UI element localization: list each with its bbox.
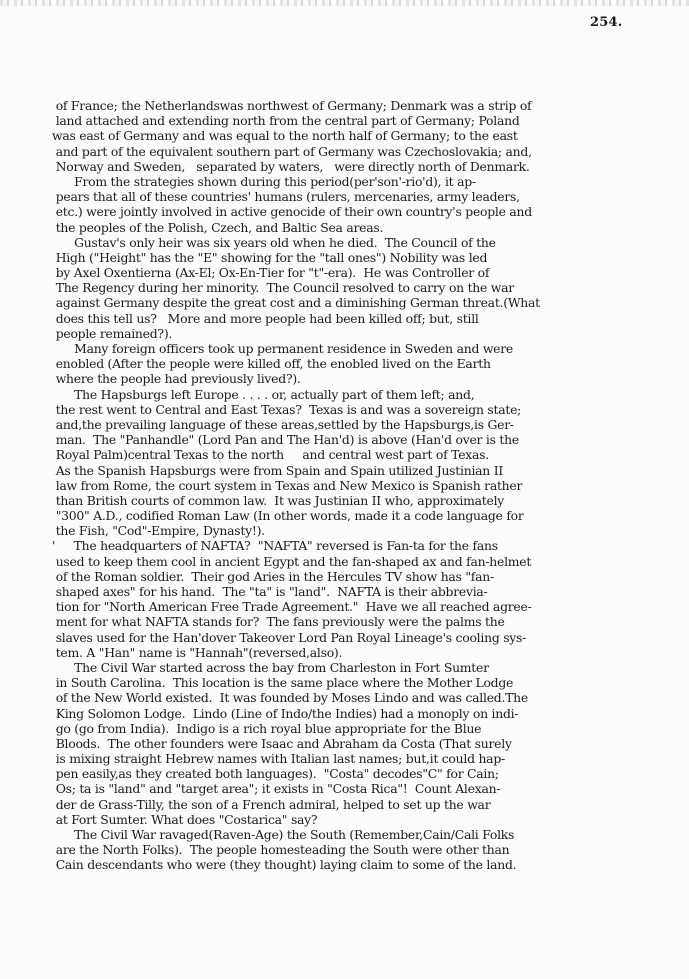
text-line: Os; ta is "land" and "target area"; it e… (52, 781, 672, 796)
text-line: by Axel Oxentierna (Ax-El; Ox-En-Tier fo… (52, 265, 672, 280)
text-line: King Solomon Lodge. Lindo (Line of Indo/… (52, 706, 672, 721)
text-line: Royal Palm)central Texas to the north an… (52, 447, 672, 462)
text-line: used to keep them cool in ancient Egypt … (52, 554, 672, 569)
text-line: Many foreign officers took up permanent … (52, 341, 672, 356)
text-line: is mixing straight Hebrew names with Ita… (52, 751, 672, 766)
text-line: pears that all of these countries' human… (52, 189, 672, 204)
text-line: Norway and Sweden, separated by waters, … (52, 159, 672, 174)
text-line: land attached and extending north from t… (52, 113, 672, 128)
text-line: does this tell us? More and more people … (52, 311, 672, 326)
text-line: the Fish, "Cod"-Empire, Dynasty!). (52, 523, 672, 538)
text-line: law from Rome, the court system in Texas… (52, 478, 672, 493)
text-line: where the people had previously lived?). (52, 371, 672, 386)
text-line: people remained?). (52, 326, 672, 341)
page-number: 254. (590, 15, 622, 30)
text-line: and,the prevailing language of these are… (52, 417, 672, 432)
text-line: enobled (After the people were killed of… (52, 356, 672, 371)
text-line: at Fort Sumter. What does "Costarica" sa… (52, 812, 672, 827)
text-line: are the North Folks). The people homeste… (52, 842, 672, 857)
text-line: Cain descendants who were (they thought)… (52, 857, 672, 872)
text-line: ment for what NAFTA stands for? The fans… (52, 614, 672, 629)
text-line: was east of Germany and was equal to the… (52, 128, 672, 143)
text-line: The Civil War ravaged(Raven-Age) the Sou… (52, 827, 672, 842)
text-line: High ("Height" has the "E" showing for t… (52, 250, 672, 265)
text-line: The Regency during her minority. The Cou… (52, 280, 672, 295)
text-line: the rest went to Central and East Texas?… (52, 402, 672, 417)
text-line: go (go from India). Indigo is a rich roy… (52, 721, 672, 736)
text-line: shaped axes" for his hand. The "ta" is "… (52, 584, 672, 599)
text-line: against Germany despite the great cost a… (52, 295, 672, 310)
scan-artifact-edge (0, 0, 689, 6)
text-line: tem. A "Han" name is "Hannah"(reversed,a… (52, 645, 672, 660)
text-line: pen easily,as they created both language… (52, 766, 672, 781)
text-line: The Civil War started across the bay fro… (52, 660, 672, 675)
text-line: in South Carolina. This location is the … (52, 675, 672, 690)
text-line: of the New World existed. It was founded… (52, 690, 672, 705)
text-line: than British courts of common law. It wa… (52, 493, 672, 508)
text-line: "300" A.D., codified Roman Law (In other… (52, 508, 672, 523)
text-line: der de Grass-Tilly, the son of a French … (52, 797, 672, 812)
text-line: Bloods. The other founders were Isaac an… (52, 736, 672, 751)
text-line: The Hapsburgs left Europe . . . . or, ac… (52, 387, 672, 402)
document-body: of France; the Netherlandswas northwest … (52, 98, 672, 873)
text-line: Gustav's only heir was six years old whe… (52, 235, 672, 250)
text-line: the peoples of the Polish, Czech, and Ba… (52, 220, 672, 235)
text-line: of the Roman soldier. Their god Aries in… (52, 569, 672, 584)
text-line: slaves used for the Han'dover Takeover L… (52, 630, 672, 645)
text-line: ' The headquarters of NAFTA? "NAFTA" rev… (52, 538, 672, 553)
text-line: of France; the Netherlandswas northwest … (52, 98, 672, 113)
text-line: and part of the equivalent southern part… (52, 144, 672, 159)
text-line: tion for "North American Free Trade Agre… (52, 599, 672, 614)
text-line: As the Spanish Hapsburgs were from Spain… (52, 463, 672, 478)
text-line: From the strategies shown during this pe… (52, 174, 672, 189)
text-line: man. The "Panhandle" (Lord Pan and The H… (52, 432, 672, 447)
text-line: etc.) were jointly involved in active ge… (52, 204, 672, 219)
